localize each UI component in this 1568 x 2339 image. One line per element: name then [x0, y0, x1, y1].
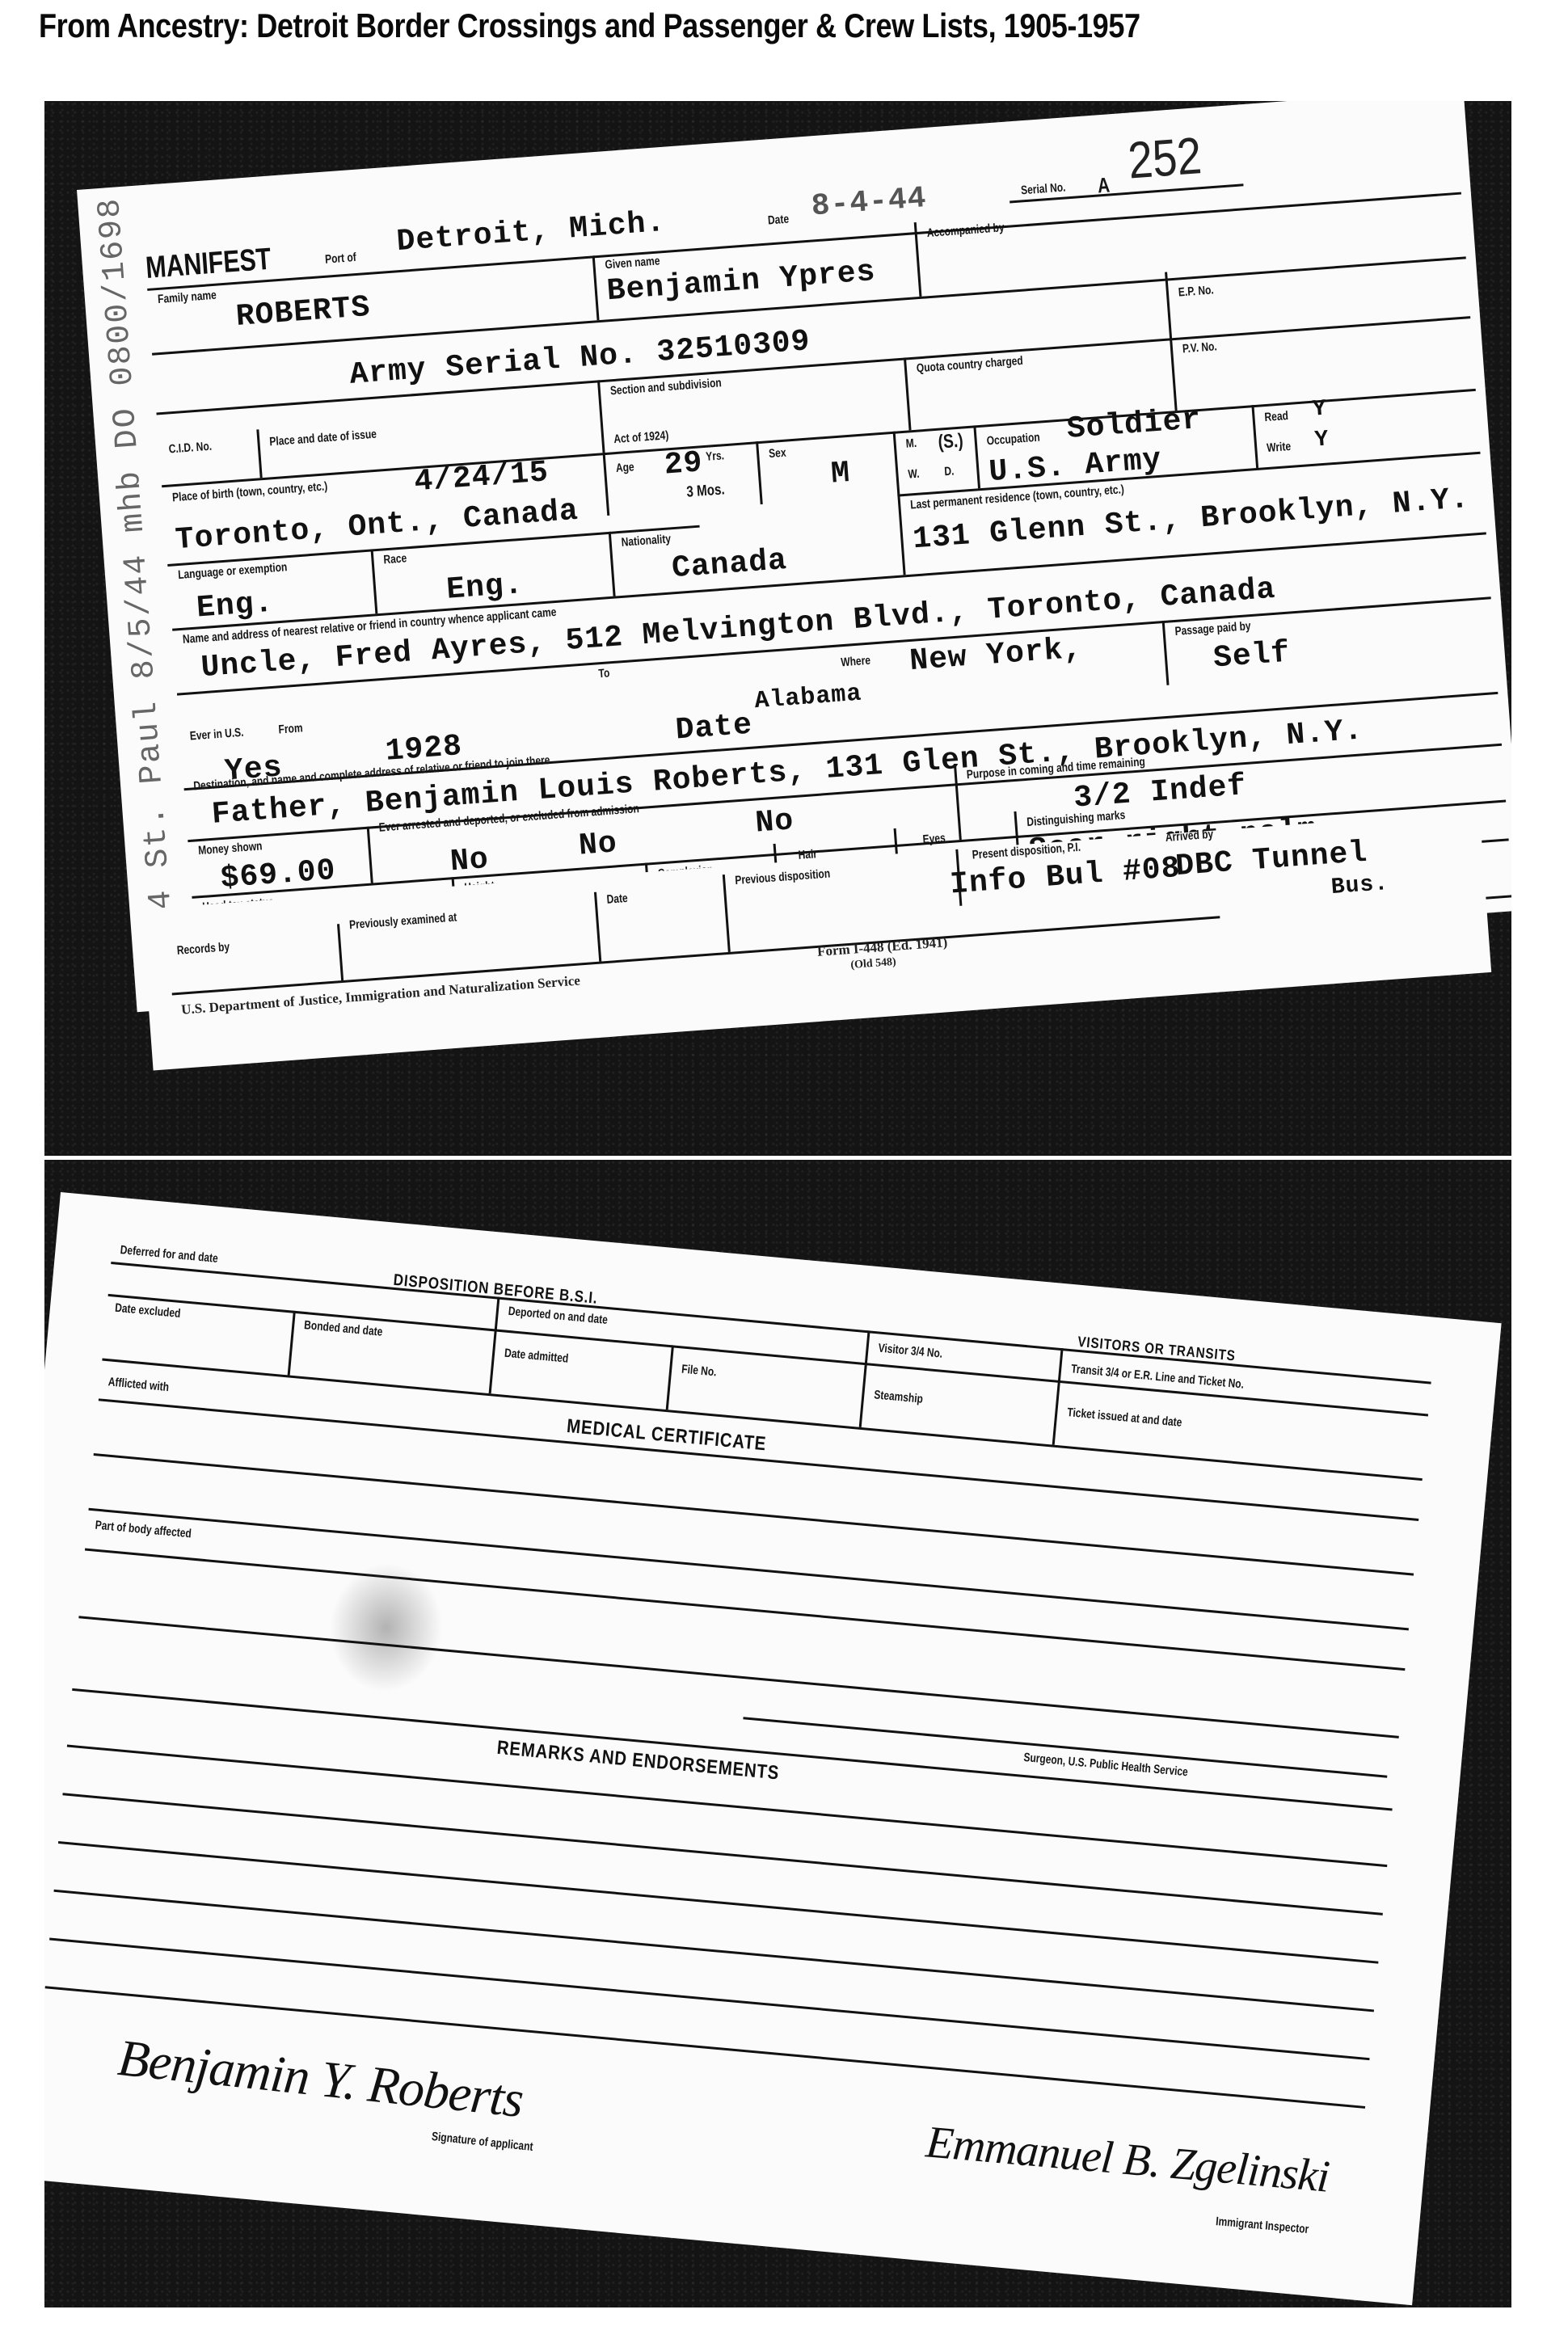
label-nationality: Nationality: [621, 532, 671, 549]
label-family-name: Family name: [158, 289, 217, 306]
manifest-card-back: DISPOSITION BEFORE B.S.I. Deferred for a…: [44, 1192, 1502, 2305]
value-read: Y: [1312, 396, 1328, 422]
value-arrived-by-2: Bus.: [1330, 871, 1389, 900]
value-arrested-3: No: [754, 803, 795, 841]
rule: [893, 432, 900, 495]
value-birth-date: 4/24/15: [413, 455, 550, 499]
label-deferred-for: Deferred for and date: [120, 1243, 218, 1266]
rule: [756, 441, 763, 504]
rule: [666, 1345, 674, 1410]
rule: [94, 1453, 1414, 1576]
value-where-2: Alabama: [753, 681, 862, 716]
value-purpose: 3/2 Indef: [1073, 769, 1248, 816]
label-write: Write: [1267, 440, 1292, 455]
rule: [53, 1890, 1374, 2012]
scan-front-panel: I-404 St. Paul 8/5/44 mhb DO 0800/1698 M…: [44, 101, 1511, 1156]
serial-number: 252: [1126, 125, 1203, 190]
side-stamp: I-404 St. Paul 8/5/44 mhb DO 0800/1698: [92, 196, 187, 995]
label-money-shown: Money shown: [198, 839, 263, 858]
label-occupation: Occupation: [986, 431, 1040, 449]
rule: [1052, 1348, 1064, 1445]
value-nationality: Canada: [671, 543, 789, 586]
value-sex: M: [830, 456, 852, 492]
rule: [172, 916, 1220, 995]
value-age-years: 29: [663, 445, 704, 483]
value-age-months: 3 Mos.: [686, 481, 726, 501]
label-part-of-body: Part of body affected: [95, 1519, 192, 1541]
label-eyes: Eyes: [922, 831, 946, 846]
rule: [72, 1688, 1393, 1811]
label-cid-no: C.I.D. No.: [168, 440, 212, 457]
label-afflicted-with: Afflicted with: [107, 1375, 170, 1394]
label-previous-disposition: Previous disposition: [735, 866, 831, 887]
label-given-name: Given name: [605, 254, 660, 272]
label-sex: Sex: [769, 446, 787, 461]
rule: [58, 1841, 1379, 1964]
rule: [594, 892, 601, 962]
label-port-of: Port of: [325, 251, 357, 267]
remarks-title: REMARKS AND ENDORSEMENTS: [496, 1737, 781, 1785]
label-from: From: [278, 721, 303, 736]
rule: [1165, 272, 1178, 411]
rule: [1162, 621, 1170, 685]
rule: [367, 827, 373, 883]
label-age: Age: [615, 460, 634, 475]
rule: [592, 255, 600, 320]
form-title: MANIFEST: [145, 242, 272, 286]
label-records-by: Records by: [176, 940, 230, 958]
rule: [597, 380, 605, 453]
rule: [609, 532, 616, 596]
label-place-date-issue: Place and date of issue: [269, 428, 377, 449]
label-bonded: Bonded and date: [304, 1318, 383, 1339]
value-date: 8-4-44: [810, 181, 928, 224]
rule: [88, 1508, 1409, 1631]
label-date-2: Date: [606, 891, 628, 907]
value-family-name: ROBERTS: [234, 290, 371, 335]
rule: [288, 1311, 296, 1376]
label-date: Date: [767, 213, 789, 228]
value-to-date: Date: [674, 708, 753, 748]
label-act-1924: Act of 1924): [613, 428, 669, 446]
label-ep-no: E.P. No.: [1178, 283, 1214, 299]
rule: [256, 429, 262, 478]
page-heading: From Ancestry: Detroit Border Crossings …: [39, 6, 1140, 45]
value-age-unit: Yrs.: [706, 449, 725, 464]
rule: [371, 549, 378, 613]
label-transit-314: Transit 3/4 or E.R. Line and Ticket No.: [1071, 1362, 1245, 1391]
label-ever-in-us: Ever in U.S.: [189, 726, 244, 744]
rule: [973, 425, 980, 488]
rule: [337, 924, 344, 980]
label-steamship: Steamship: [874, 1388, 924, 1406]
label-distinguishing-marks: Distinguishing marks: [1026, 808, 1126, 829]
value-arrested-2: No: [578, 826, 619, 863]
form-number-sub: (Old 548): [850, 956, 896, 972]
label-serial: Serial No.: [1021, 180, 1066, 197]
label-ticket-issued: Ticket issued at and date: [1067, 1406, 1182, 1430]
label-previously-examined: Previously examined at: [349, 910, 457, 932]
label-read: Read: [1264, 409, 1289, 424]
rule: [603, 453, 610, 516]
label-pv-no: P.V. No.: [1182, 339, 1217, 356]
label-marital-w: W.: [908, 467, 920, 482]
label-arrived-by: Arrived by: [1165, 828, 1213, 845]
rule: [904, 357, 912, 430]
rule: [62, 1793, 1383, 1915]
value-passage-paid: Self: [1212, 636, 1292, 676]
value-write: Y: [1314, 427, 1330, 453]
scan-back-panel: DISPOSITION BEFORE B.S.I. Deferred for a…: [44, 1160, 1511, 2307]
rule: [1251, 405, 1258, 468]
rule: [489, 1297, 500, 1394]
label-where: Where: [841, 654, 871, 670]
rule: [897, 494, 905, 575]
label-marital-d: D.: [944, 464, 955, 478]
value-port: Detroit, Mich.: [395, 205, 667, 259]
label-race: Race: [383, 551, 407, 567]
label-passage-paid: Passage paid by: [1174, 619, 1251, 638]
label-visitor-314: Visitor 3/4 No.: [878, 1342, 943, 1361]
rule: [859, 1330, 870, 1427]
rule: [78, 1616, 1399, 1738]
visitors-title: VISITORS OR TRANSITS: [1077, 1334, 1236, 1365]
value-occupation: Soldier: [1065, 402, 1202, 447]
label-file-no: File No.: [681, 1363, 718, 1380]
label-marital-m: M.: [905, 436, 917, 451]
rule: [723, 874, 731, 952]
value-marital-s: (S.): [938, 430, 964, 454]
label-to: To: [598, 666, 610, 681]
label-date-admitted: Date admitted: [504, 1347, 569, 1366]
label-date-excluded: Date excluded: [115, 1301, 182, 1321]
value-language: Eng.: [196, 586, 275, 626]
value-race: Eng.: [445, 567, 525, 608]
